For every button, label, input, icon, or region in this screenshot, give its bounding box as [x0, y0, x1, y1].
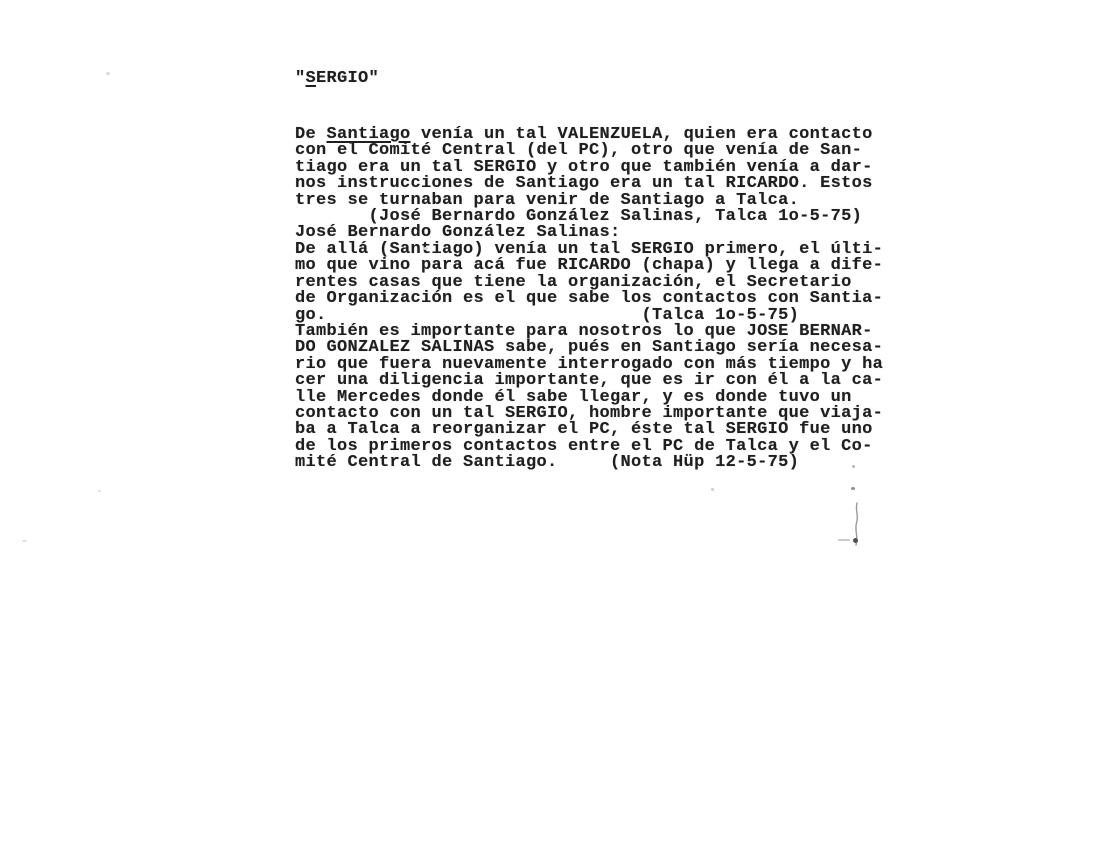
scan-speck-icon [423, 247, 428, 250]
document-body: De Santiago venía un tal VALENZUELA, qui… [295, 127, 883, 472]
scan-speck-icon [711, 488, 714, 491]
text-line: mité Central de Santiago. (Nota Hüp 12-5… [295, 455, 883, 471]
typewritten-text-block: "SERGIO" De Santiago venía un tal VALENZ… [295, 38, 883, 504]
underlined-text: S [306, 69, 317, 88]
scan-speck-icon [98, 490, 101, 492]
document-title: "SERGIO" [295, 71, 883, 87]
scan-speck-icon [851, 487, 855, 490]
page-background: "SERGIO" De Santiago venía un tal VALENZ… [0, 0, 1100, 850]
scanned-document-page: { "page": { "background": "#ffffff", "in… [0, 0, 1100, 850]
scan-speck-icon [852, 465, 855, 468]
scan-speck-icon [106, 72, 110, 75]
scan-speck-icon [22, 540, 27, 542]
scan-speck-icon [853, 538, 858, 543]
